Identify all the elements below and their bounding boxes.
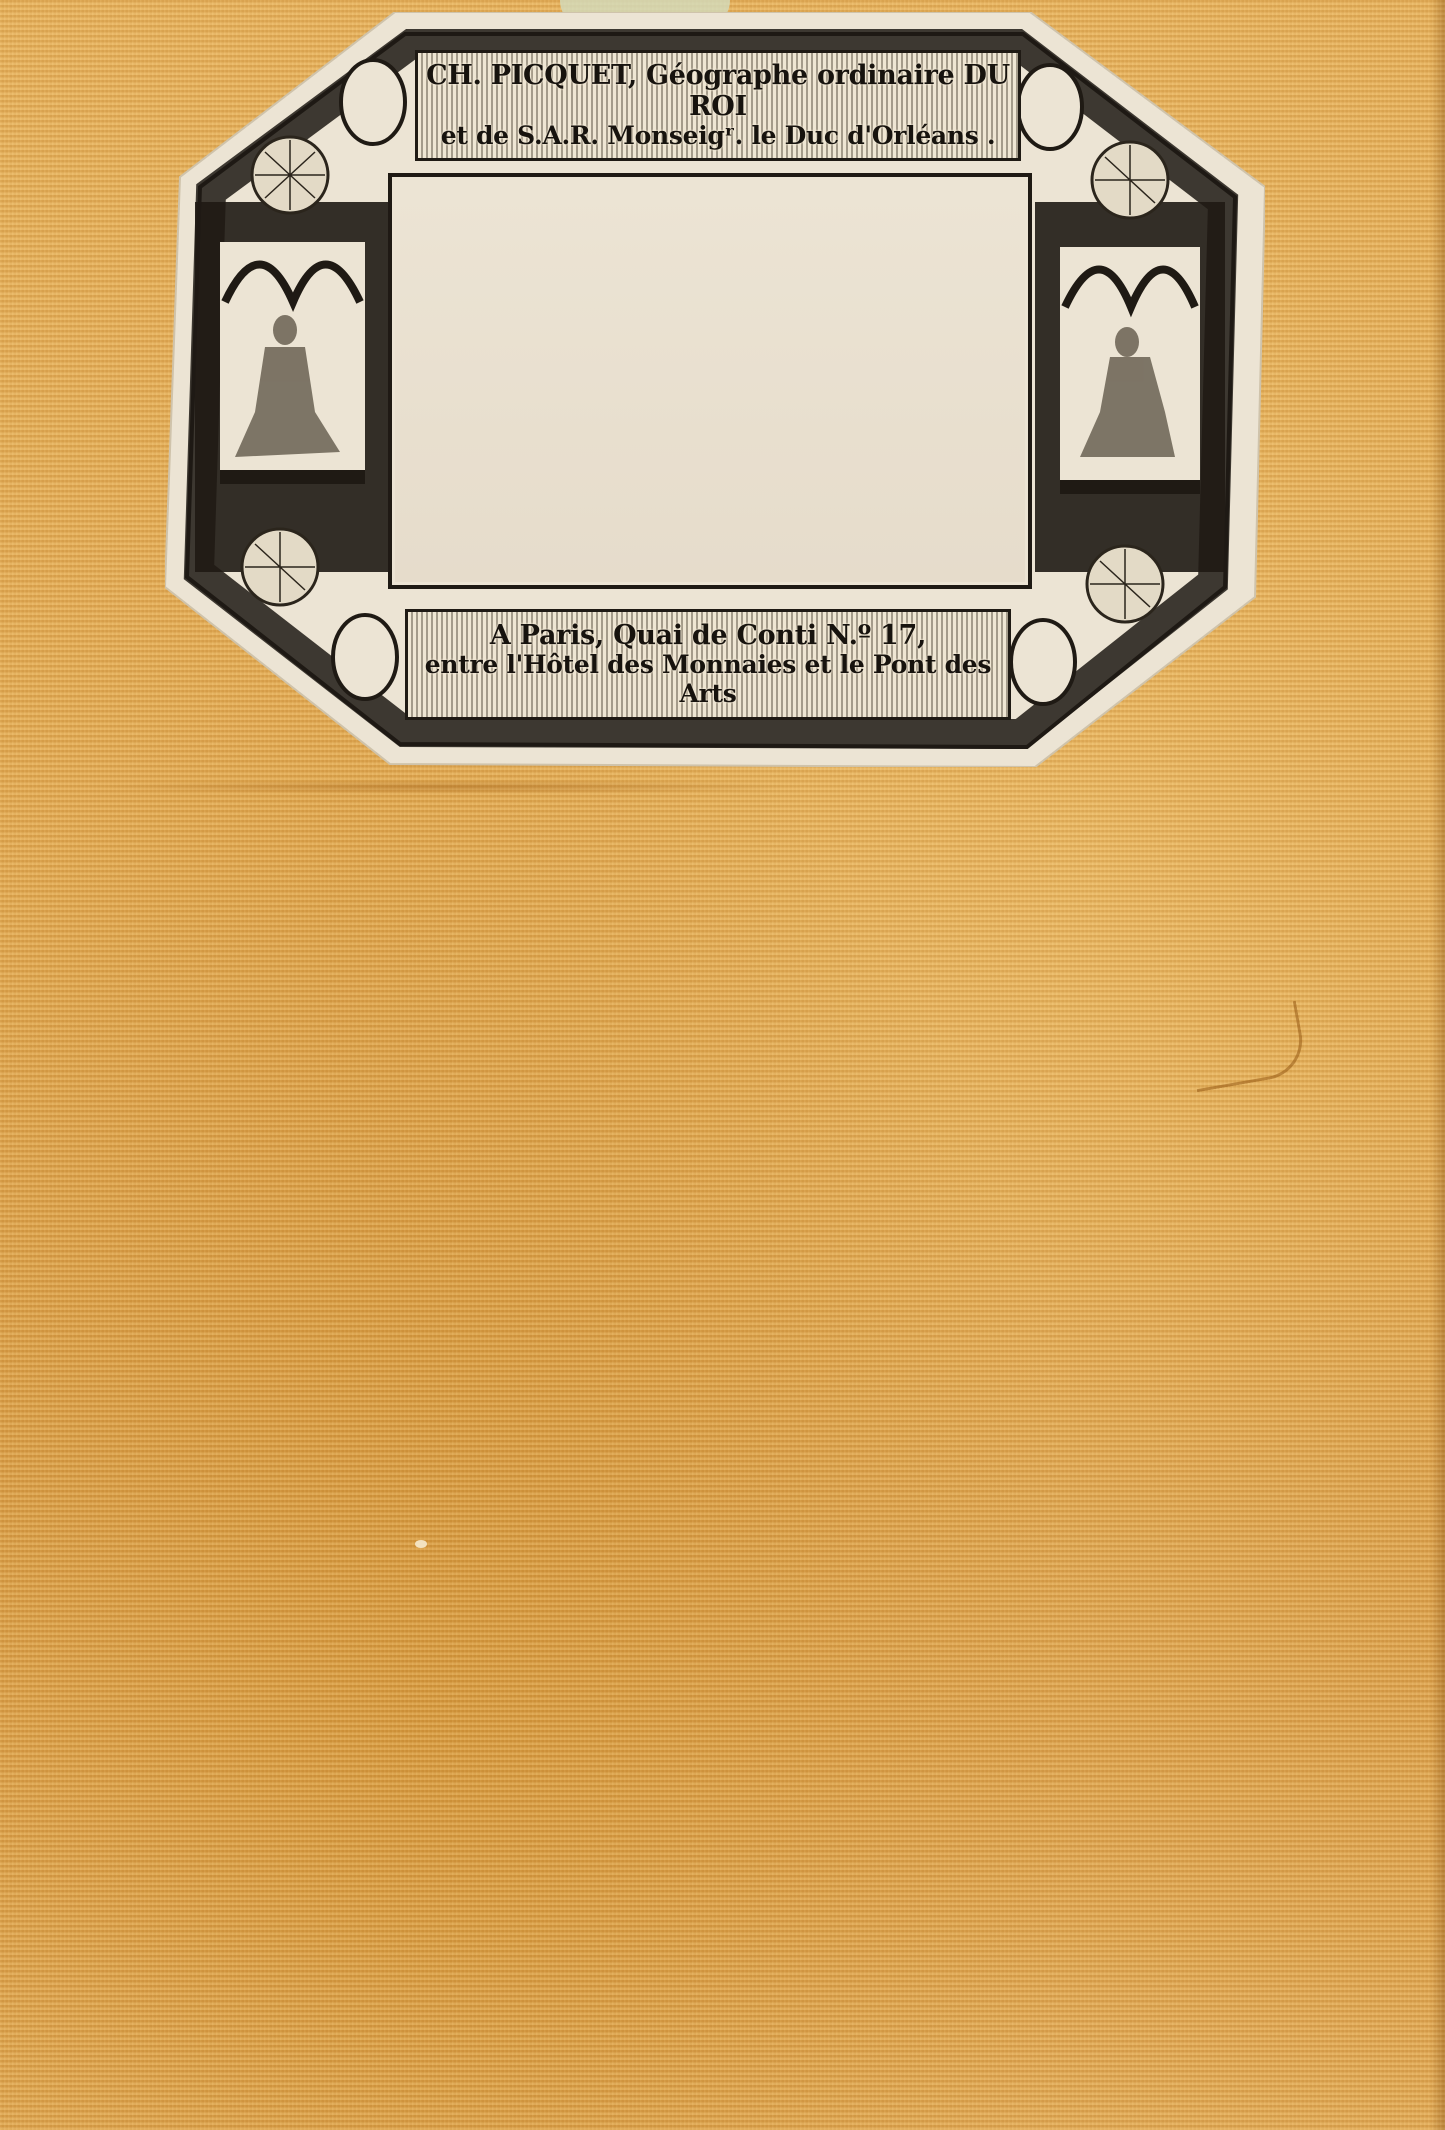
- fabric-crease: [90, 780, 810, 794]
- address-cartouche: A Paris, Quai de Conti N.º 17, entre l'H…: [405, 609, 1011, 720]
- address-line-1: A Paris, Quai de Conti N.º 17,: [490, 620, 926, 651]
- publisher-cartouche: CH. PICQUET, Géographe ordinaire DU ROI …: [415, 50, 1021, 161]
- address-line-2: entre l'Hôtel des Monnaies et le Pont de…: [408, 651, 1008, 709]
- blank-title-panel: [395, 182, 1025, 582]
- fabric-speck: [415, 1540, 427, 1548]
- engraved-label: CH. PICQUET, Géographe ordinaire DU ROI …: [165, 12, 1265, 767]
- publisher-name: CH. PICQUET, Géographe ordinaire DU ROI: [418, 60, 1018, 122]
- publisher-title: et de S.A.R. Monseigʳ. le Duc d'Orléans …: [441, 122, 996, 151]
- cover-edge-shadow: [1431, 0, 1445, 2130]
